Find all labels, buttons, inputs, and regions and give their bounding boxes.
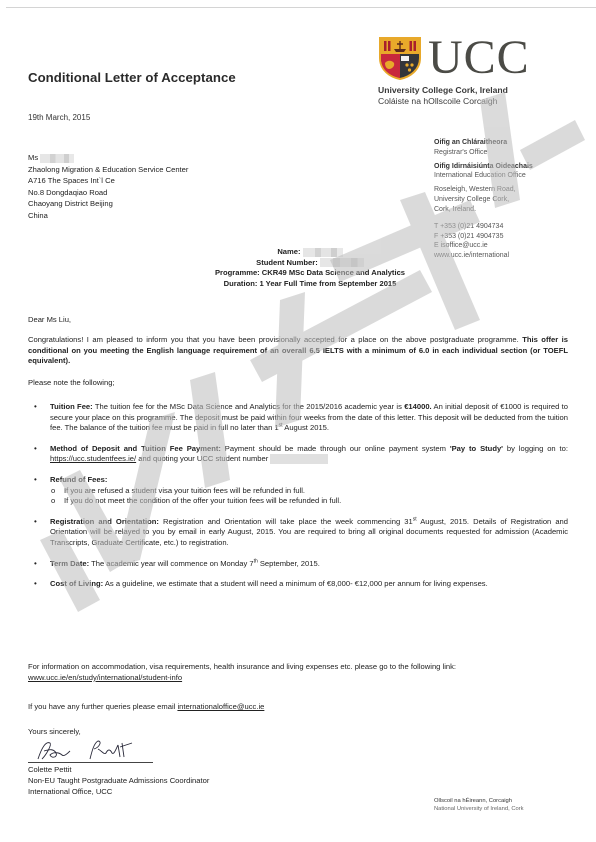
student-info-link[interactable]: www.ucc.ie/en/study/international/studen… xyxy=(28,673,182,682)
letter-date: 19th March, 2015 xyxy=(28,113,90,122)
info-text: For information on accommodation, visa r… xyxy=(28,662,456,671)
office-address-line: Roseleigh, Western Road, xyxy=(434,185,533,195)
footer-irish: Ollscoil na hÉireann, Corcaigh xyxy=(434,798,512,804)
addressee-line: China xyxy=(28,210,188,222)
payment-system-name: 'Pay to Study' xyxy=(450,444,503,453)
signer-block: Colette Pettit Non-EU Taught Postgraduat… xyxy=(28,765,209,797)
greeting: Dear Ms Liu, xyxy=(28,315,568,326)
tuition-fee-item: • Tuition Fee: The tuition fee for the M… xyxy=(28,402,568,434)
conditions-list: • Tuition Fee: The tuition fee for the M… xyxy=(28,402,568,590)
addressee-line: Chaoyang District Beijing xyxy=(28,198,188,210)
refund-subitem: oIf you do not meet the condition of the… xyxy=(50,496,568,507)
item-label: Tuition Fee: xyxy=(50,402,93,411)
university-name-english: University College Cork, Ireland xyxy=(378,85,508,95)
university-name-irish: Coláiste na hOllscoile Corcaigh xyxy=(378,96,497,106)
redacted-student-number xyxy=(270,454,328,464)
bullet-icon: • xyxy=(34,475,37,486)
name-label: Name: xyxy=(277,247,300,256)
circle-bullet-icon: o xyxy=(51,486,55,497)
addressee-prefix: Ms xyxy=(28,153,38,162)
item-text: Registration and Orientation will take p… xyxy=(159,517,413,526)
bullet-icon: • xyxy=(34,402,37,413)
redacted-name xyxy=(40,154,74,163)
term-date-item: • Term Date: The academic year will comm… xyxy=(28,559,568,570)
registrar-office-english: Registrar's Office xyxy=(434,148,533,158)
student-name-line: Name: xyxy=(160,247,460,258)
refund-subitem: oIf you are refused a student visa your … xyxy=(50,486,568,497)
registration-item: • Registration and Orientation: Registra… xyxy=(28,517,568,549)
item-label: Cost of Living: xyxy=(50,579,103,588)
redacted-student-number xyxy=(320,258,364,267)
signer-name: Colette Pettit xyxy=(28,765,209,776)
top-rule xyxy=(6,7,596,8)
item-text: Payment should be made through our onlin… xyxy=(221,444,450,453)
item-label: Refund of Fees: xyxy=(50,475,107,484)
student-reference-block: Name: Student Number: Programme: CKR49 M… xyxy=(160,247,460,289)
intl-office-irish: Oifig Idirnáisiúnta Oideachais xyxy=(434,162,533,172)
note-intro: Please note the following; xyxy=(28,378,568,389)
item-label: Term Date: xyxy=(50,559,89,568)
office-address-line: University College Cork, xyxy=(434,195,533,205)
circle-bullet-icon: o xyxy=(51,496,55,507)
signer-office: International Office, UCC xyxy=(28,787,209,798)
intro-paragraph: Congratulations! I am pleased to inform … xyxy=(28,335,568,367)
programme-line: Programme: CKR49 MSc Data Science and An… xyxy=(160,268,460,279)
item-text: and quoting your UCC student number xyxy=(136,454,268,463)
info-paragraph: For information on accommodation, visa r… xyxy=(28,662,568,683)
document-title: Conditional Letter of Acceptance xyxy=(28,70,236,85)
addressee-name-line: Ms xyxy=(28,152,188,164)
studentfees-link[interactable]: https://ucc.studentfees.ie/ xyxy=(50,454,136,463)
student-number-line: Student Number: xyxy=(160,258,460,269)
addressee-line: A716 The Spaces Int`l Ce xyxy=(28,175,188,187)
ucc-crest-icon xyxy=(378,36,422,80)
item-label: Registration and Orientation: xyxy=(50,517,159,526)
addressee-line: No.8 Dongdaqiao Road xyxy=(28,187,188,199)
refund-text: If you do not meet the condition of the … xyxy=(64,496,341,505)
item-text: The academic year will commence on Monda… xyxy=(89,559,253,568)
office-address-block: Oifig an Chláraitheora Registrar's Offic… xyxy=(434,138,533,265)
office-phone: T +353 (0)21 4904734 xyxy=(434,222,533,232)
intl-office-english: International Education Office xyxy=(434,171,533,181)
closing: Yours sincerely, xyxy=(28,727,81,738)
letter-page: Conditional Letter of Acceptance 19th Ma… xyxy=(0,0,596,842)
item-label: Method of Deposit and Tuition Fee Paymen… xyxy=(50,444,221,453)
bullet-icon: • xyxy=(34,444,37,455)
item-text: The tuition fee for the MSc Data Science… xyxy=(93,402,405,411)
queries-text: If you have any further queries please e… xyxy=(28,702,177,711)
addressee-block: Ms Zhaolong Migration & Education Servic… xyxy=(28,152,188,222)
item-text: August 2015. xyxy=(283,423,329,432)
item-text: As a guideline, we estimate that a stude… xyxy=(103,579,488,588)
ucc-logo: UCC University College Cork, Ireland Col… xyxy=(378,36,578,98)
payment-method-item: • Method of Deposit and Tuition Fee Paym… xyxy=(28,444,568,465)
queries-paragraph: If you have any further queries please e… xyxy=(28,702,568,713)
office-fax: F +353 (0)21 4904735 xyxy=(434,232,533,242)
duration-line: Duration: 1 Year Full Time from Septembe… xyxy=(160,279,460,290)
ucc-wordmark: UCC xyxy=(428,32,530,84)
tuition-amount: €14000. xyxy=(404,402,431,411)
addressee-line: Zhaolong Migration & Education Service C… xyxy=(28,164,188,176)
handwritten-signature xyxy=(28,737,158,763)
bullet-icon: • xyxy=(34,517,37,528)
signature-line xyxy=(28,762,153,763)
signer-title: Non-EU Taught Postgraduate Admissions Co… xyxy=(28,776,209,787)
refund-item: • Refund of Fees: oIf you are refused a … xyxy=(28,475,568,507)
student-number-label: Student Number: xyxy=(256,258,318,267)
bullet-icon: • xyxy=(34,559,37,570)
office-address-line: Cork, Ireland. xyxy=(434,205,533,215)
refund-text: If you are refused a student visa your t… xyxy=(64,486,305,495)
cost-of-living-item: • Cost of Living: As a guideline, we est… xyxy=(28,579,568,590)
item-text: September, 2015. xyxy=(258,559,320,568)
bullet-icon: • xyxy=(34,579,37,590)
registrar-office-irish: Oifig an Chláraitheora xyxy=(434,138,533,148)
footer-english: National University of Ireland, Cork xyxy=(434,806,524,812)
redacted-student-name xyxy=(303,248,343,257)
item-text: by logging on to: xyxy=(503,444,568,453)
intro-text: Congratulations! I am pleased to inform … xyxy=(28,335,522,344)
international-office-email-link[interactable]: internationaloffice@ucc.ie xyxy=(177,702,264,711)
